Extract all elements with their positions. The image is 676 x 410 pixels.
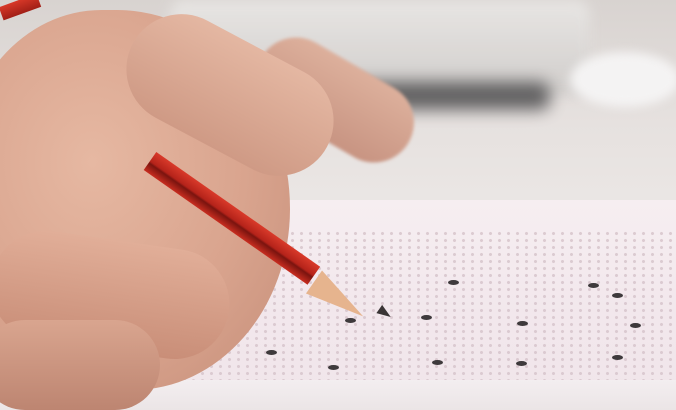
filled-bubble [612,355,623,360]
filled-bubble [588,283,599,288]
filled-bubble [517,321,528,326]
filled-bubble [432,360,443,365]
filled-bubble [266,350,277,355]
filled-bubble [630,323,641,328]
filled-bubble [421,315,432,320]
blurred-mouse [570,52,676,107]
filled-bubble [612,293,623,298]
filled-bubble [448,280,459,285]
filled-bubble [328,365,339,370]
filled-bubble [516,361,527,366]
pencil-end [0,0,41,20]
photo-scene [0,0,676,410]
finger [0,320,160,410]
